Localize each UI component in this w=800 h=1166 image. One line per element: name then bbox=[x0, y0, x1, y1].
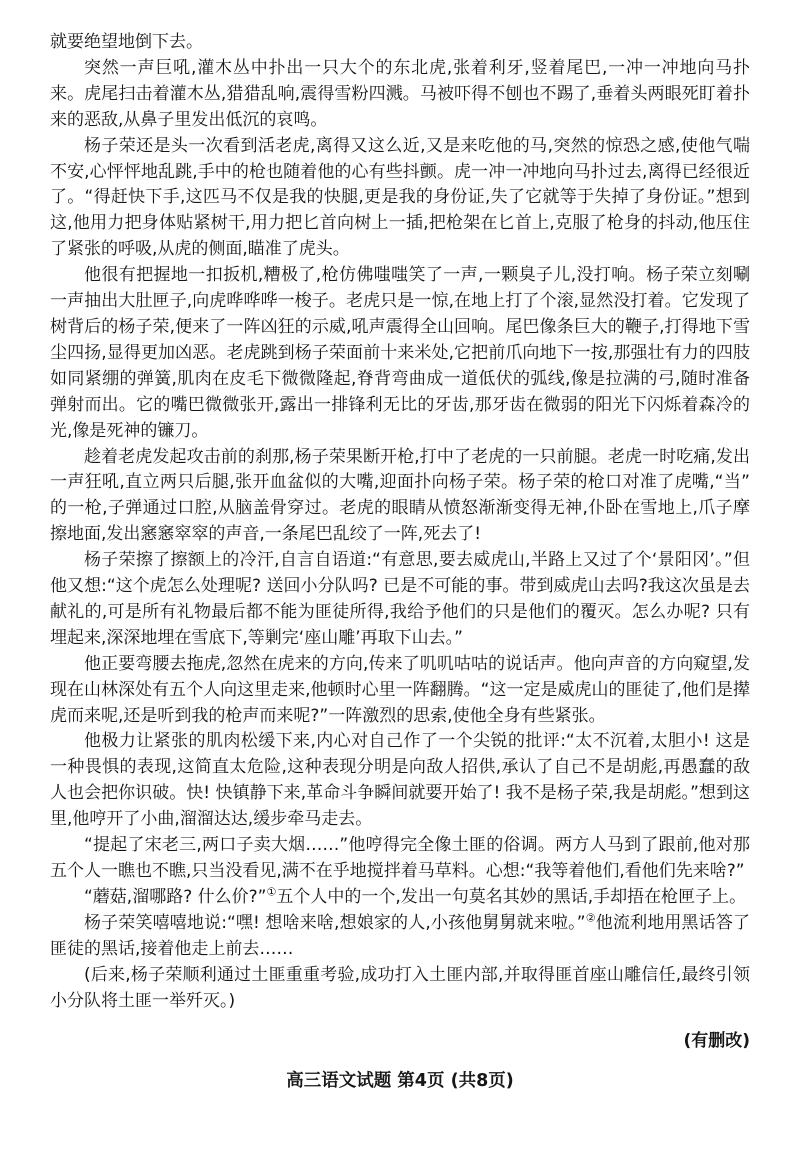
footnote-marker: ① bbox=[266, 885, 276, 898]
paragraph: 就要绝望地倒下去。 bbox=[50, 30, 750, 56]
paragraph: 杨子荣笑嘻嘻地说:“嘿! 想啥来啥,想娘家的人,小孩他舅舅就来啦。”②他流利地用… bbox=[50, 911, 750, 963]
paragraph: “提起了宋老三,两口子卖大烟……”他哼得完全像土匪的俗调。两方人马到了跟前,他对… bbox=[50, 833, 750, 885]
attribution-note: (有删改) bbox=[50, 1026, 750, 1051]
paragraph: 他很有把握地一扣扳机,糟极了,枪仿佛嗤嗤笑了一声,一颗臭子儿,没打响。杨子荣立刻… bbox=[50, 263, 750, 444]
paragraph: 趁着老虎发起攻击前的刹那,杨子荣果断开枪,打中了老虎的一只前腿。老虎一时吃痛,发… bbox=[50, 445, 750, 549]
page-footer: 高三语文试题 第4页 (共8页) bbox=[50, 1067, 750, 1092]
paragraph: 杨子荣还是头一次看到活老虎,离得又这么近,又是来吃他的马,突然的惊恐之感,使他气… bbox=[50, 134, 750, 264]
footnote-marker: ② bbox=[586, 911, 596, 924]
paragraph: 突然一声巨吼,灌木丛中扑出一只大个的东北虎,张着利牙,竖着尾巴,一冲一冲地向马扑… bbox=[50, 56, 750, 134]
exam-page: 就要绝望地倒下去。突然一声巨吼,灌木丛中扑出一只大个的东北虎,张着利牙,竖着尾巴… bbox=[0, 0, 800, 1166]
essay-body: 就要绝望地倒下去。突然一声巨吼,灌木丛中扑出一只大个的东北虎,张着利牙,竖着尾巴… bbox=[50, 30, 750, 1014]
paragraph: (后来,杨子荣顺利通过土匪重重考验,成功打入土匪内部,并取得匪首座山雕信任,最终… bbox=[50, 963, 750, 1015]
paragraph: 他正要弯腰去拖虎,忽然在虎来的方向,传来了叽叽咕咕的说话声。他向声音的方向窥望,… bbox=[50, 652, 750, 730]
paragraph: 杨子荣擦了擦额上的冷汗,自言自语道:“有意思,要去威虎山,半路上又过了个‘景阳冈… bbox=[50, 548, 750, 652]
paragraph: “蘑菇,溜哪路? 什么价?”①五个人中的一个,发出一句莫名其妙的黑话,手却捂在枪… bbox=[50, 885, 750, 911]
paragraph: 他极力让紧张的肌肉松缓下来,内心对自己作了一个尖锐的批评:“太不沉着,太胆小! … bbox=[50, 729, 750, 833]
